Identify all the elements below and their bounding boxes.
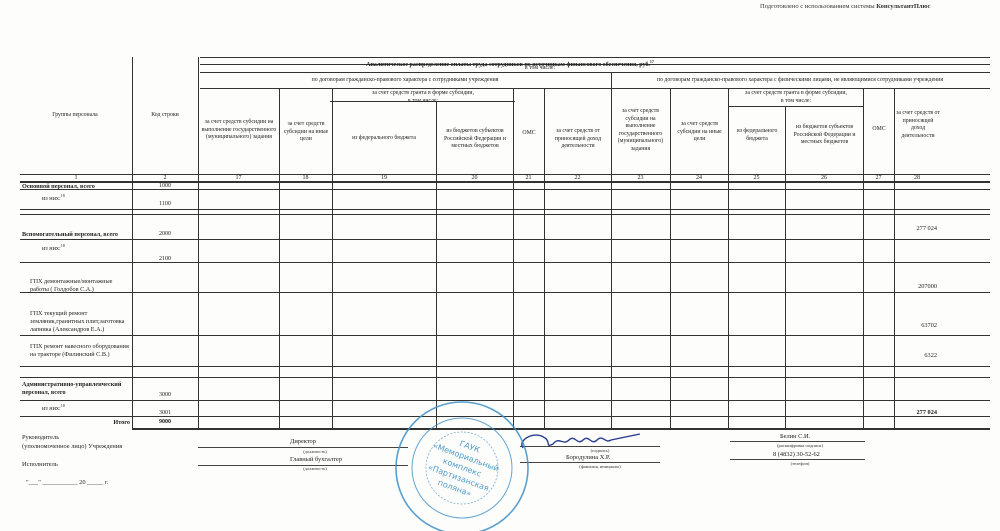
caption: (фамилия, инициалы) <box>560 464 640 469</box>
rule <box>728 88 729 428</box>
in-total-label: в том числе: <box>500 65 580 73</box>
row-value-28: 277 024 <box>895 225 937 232</box>
rule <box>20 214 990 215</box>
caption: (должность) <box>290 466 340 471</box>
section-a-header: по договорам гражданско-правового характ… <box>210 77 600 85</box>
grant-header-a: за счет средств гранта в форме субсидии,… <box>334 90 512 105</box>
row-value-28: 207000 <box>895 283 937 290</box>
head-label-2: (уполномоченное лицо) Учреждения <box>22 443 122 450</box>
rule <box>200 72 990 73</box>
row-label: ГПХ ремонт навесного оборудования на тра… <box>30 343 130 359</box>
row-value-28: 6322 <box>895 352 937 359</box>
row-code: 2000 <box>132 231 198 237</box>
head-label: Руководитель <box>22 434 59 441</box>
row-value-28: 63702 <box>895 322 937 329</box>
rule <box>436 101 437 428</box>
rule <box>198 447 408 448</box>
rule <box>863 88 864 428</box>
rule <box>894 88 895 428</box>
rule <box>20 292 990 293</box>
caption: (телефон) <box>780 461 820 466</box>
col-number: 17 <box>198 175 279 181</box>
position-director: Директор <box>290 438 316 445</box>
signature-scribble <box>515 420 645 455</box>
head-name: Белин С.И. <box>780 433 810 440</box>
col-number: 2 <box>132 175 198 181</box>
rule <box>198 57 199 429</box>
col-header-26: из бюджетов субъектов Российской Федерац… <box>787 124 862 147</box>
row-label: ГПХ текущий ремонт земляник,гранитных пл… <box>30 310 132 334</box>
row-code: 1000 <box>132 183 198 189</box>
row-label: из них:18 <box>42 192 65 203</box>
col-header-25: из федерального бюджета <box>730 128 784 143</box>
col-number: 19 <box>332 175 436 181</box>
col-number: 20 <box>436 175 513 181</box>
col-number: 26 <box>785 175 863 181</box>
rule <box>513 88 514 428</box>
rule <box>20 189 990 190</box>
rule <box>670 88 671 428</box>
row-label: из них:18 <box>42 242 65 253</box>
rule <box>520 462 660 463</box>
rule <box>544 88 545 428</box>
rule <box>20 366 990 367</box>
rule <box>279 88 280 428</box>
rule <box>20 335 990 336</box>
brand-name: КонсультантПлюс <box>876 3 930 10</box>
rule <box>20 377 990 378</box>
section-b-header: по договорам гражданско-правового характ… <box>615 77 985 85</box>
col-header-code: Код строки <box>133 112 197 120</box>
rule <box>728 106 863 107</box>
col-number: 27 <box>863 175 894 181</box>
row-code: 3001 <box>132 410 198 416</box>
col-number: 18 <box>279 175 332 181</box>
col-number: 23 <box>611 175 670 181</box>
col-header-21: ОМС <box>514 130 544 138</box>
col-header-28: за счет средств от приносящей доход деят… <box>896 110 940 140</box>
row-label: Административно-управленческий персонал,… <box>22 381 132 397</box>
col-header-27: ОМС <box>864 126 894 134</box>
row-code: 9000 <box>132 419 198 425</box>
rule <box>20 262 990 263</box>
rule <box>730 441 865 442</box>
executor-label: Исполнитель <box>22 461 58 468</box>
col-number: 24 <box>670 175 728 181</box>
rule <box>785 106 786 428</box>
row-label: ГПХ демонтажные/монтажные работы ( Голдо… <box>30 278 130 294</box>
official-stamp: ГАУК «Мемориальный комплекс «Партизанска… <box>392 398 532 531</box>
phone: 8 (4832) 30-52-62 <box>773 451 820 458</box>
col-header-23: за счет средств субсидии на выполнение г… <box>612 108 669 153</box>
prepared-by-note: Подготовлено с использованием системы Ко… <box>760 3 930 10</box>
row-label: Итого <box>100 419 130 427</box>
executor-name: Бородулина Х.Р. <box>566 454 610 461</box>
rule <box>20 239 990 240</box>
prepared-by-text: Подготовлено с использованием системы <box>760 3 875 10</box>
col-header-groups: Группы персонала <box>20 112 130 120</box>
col-header-19: из федерального бюджета <box>334 135 434 143</box>
row-code: 2100 <box>132 256 198 262</box>
rule <box>20 209 990 210</box>
row-code: 1100 <box>132 201 198 207</box>
col-number: 22 <box>544 175 611 181</box>
caption: (расшифровка подписи) <box>765 443 835 448</box>
col-number: 28 <box>894 175 940 181</box>
col-header-18: за счет средств субсидии на иные цели <box>281 121 331 144</box>
grant-header-b: за счет средств гранта в форме субсидии,… <box>730 90 862 105</box>
caption: (должность) <box>290 449 340 454</box>
row-code: 3000 <box>132 392 198 398</box>
col-header-20: из бюджетов субъектов Российской Федерац… <box>438 128 512 151</box>
rule <box>730 459 865 460</box>
row-value-28: 277 024 <box>895 409 937 416</box>
col-number: 21 <box>513 175 544 181</box>
position-accountant: Главный бухгалтер <box>290 456 342 463</box>
rule <box>332 88 333 428</box>
rule <box>200 88 990 89</box>
col-number: 25 <box>728 175 785 181</box>
row-label: Основной персонал, всего <box>22 183 132 191</box>
col-header-24: за счет средств субсидии на иные цели <box>672 121 727 144</box>
col-header-17: за счет средств субсидии на выполнение г… <box>200 119 278 142</box>
date-line: "___" ___________ 20 _____ г. <box>26 479 108 486</box>
row-label: Вспомогательный персонал, всего <box>22 231 142 239</box>
row-label: из них:18 <box>42 402 65 413</box>
col-number: 1 <box>20 175 132 181</box>
col-header-22: за счет средств от приносящей доход деят… <box>546 128 610 151</box>
